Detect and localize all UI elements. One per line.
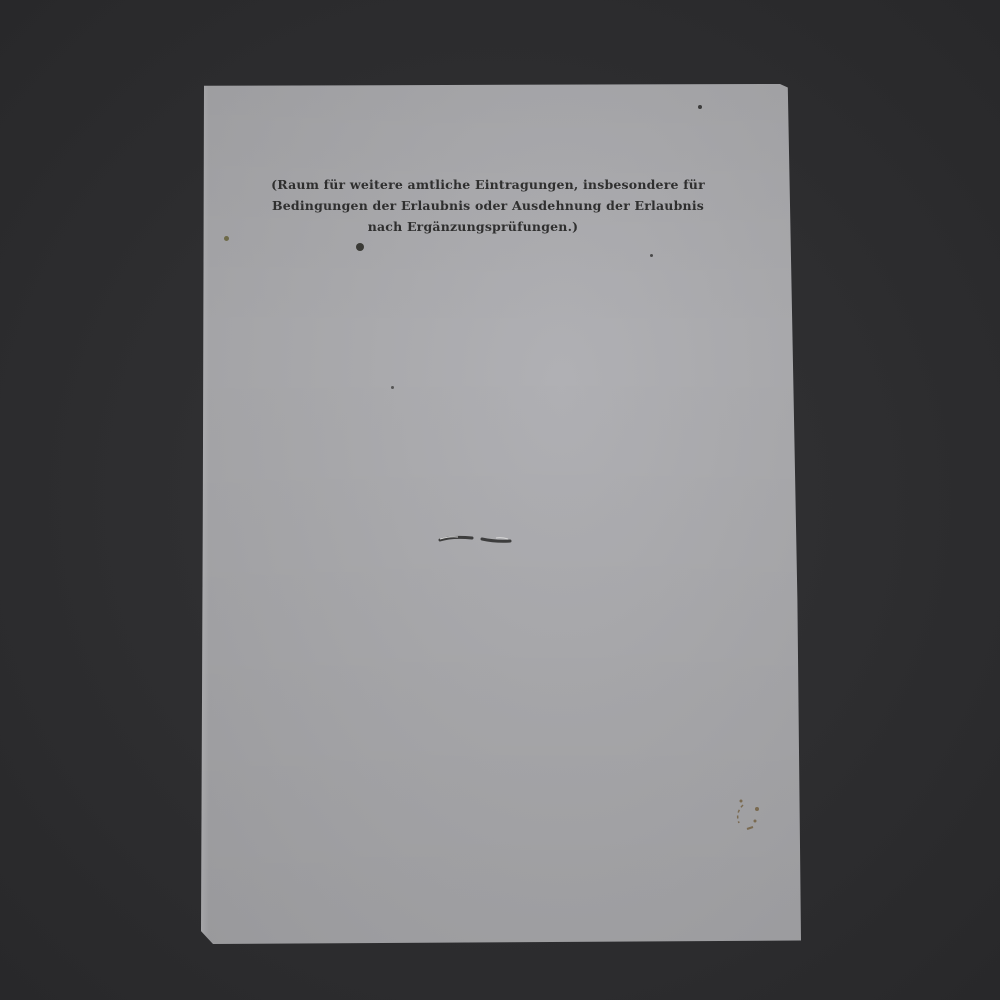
document-page: (Raum für weitere amtliche Eintragungen,… xyxy=(201,84,801,944)
caption-line-2: Bedingungen der Erlaubnis oder Ausdehnun… xyxy=(253,195,723,216)
caption-line-1: (Raum für weitere amtliche Eintragungen,… xyxy=(253,174,723,195)
ink-spot xyxy=(224,236,229,241)
official-entries-caption: (Raum für weitere amtliche Eintragungen,… xyxy=(253,174,723,237)
ink-spot xyxy=(391,386,394,389)
ink-spot xyxy=(650,254,653,257)
staple-icon xyxy=(438,534,514,546)
ink-spot xyxy=(698,105,702,109)
ink-spot xyxy=(356,243,364,251)
faded-stamp-mark xyxy=(731,799,771,839)
caption-line-3: nach Ergänzungsprüfungen.) xyxy=(253,216,723,237)
